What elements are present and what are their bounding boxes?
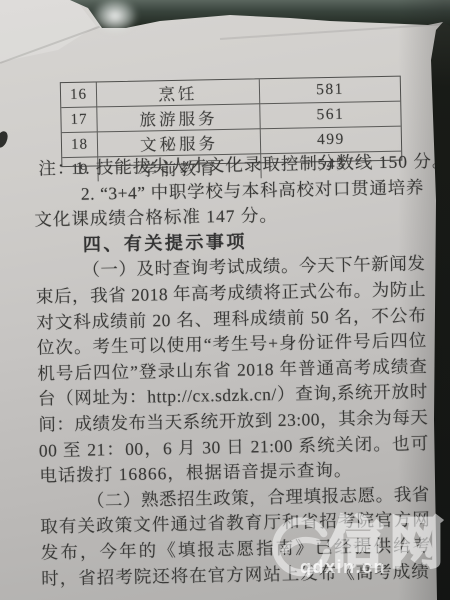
table-cell-score: 581: [260, 77, 400, 105]
table-cell-major: 烹饪: [97, 79, 260, 107]
table-cell-num: 18: [62, 132, 98, 158]
photographed-document: 16 烹饪 581 17 旅游服务 561 18 文秘服务 499 19 学前教…: [0, 0, 450, 600]
table-cell-num: 17: [61, 107, 97, 133]
paper-corner-reflection: [84, 0, 146, 40]
paper-edge-shadow: [398, 0, 450, 600]
table-cell-major: 旅游服务: [97, 104, 260, 132]
document-body: 注：1. 技能拔尖人才文化录取控制分数线 150 分。 2. “3+4” 中职学…: [33, 149, 431, 592]
table-cell-num: 16: [61, 82, 97, 108]
document-sheet: 16 烹饪 581 17 旅游服务 561 18 文秘服务 499 19 学前教…: [0, 0, 450, 600]
table-cell-score: 561: [260, 102, 400, 130]
